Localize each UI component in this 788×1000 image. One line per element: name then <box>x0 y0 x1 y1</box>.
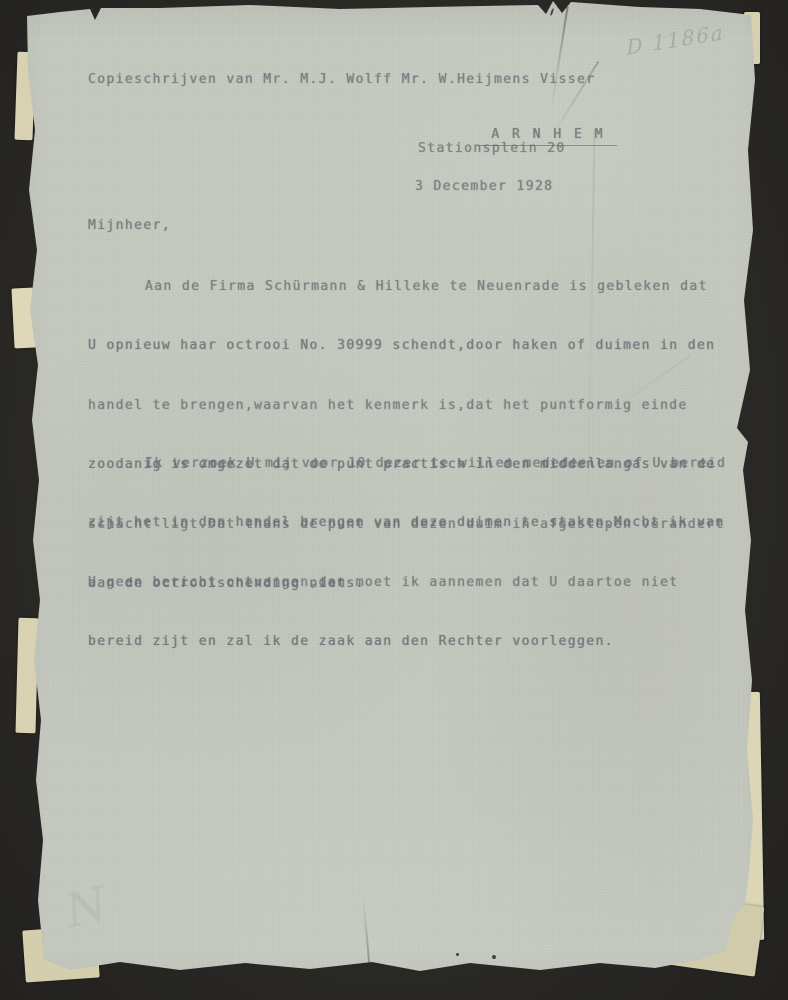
body-line: bereid zijt en zal ik de zaak aan den Re… <box>88 634 748 663</box>
body-line: Aan de Firma Schürmann & Hilleke te Neue… <box>88 279 748 308</box>
copy-header-line: Copieschrijven van Mr. M.J. Wolff Mr. W.… <box>88 72 595 87</box>
body-line: zijt het in den handel brengen van deze … <box>88 515 748 544</box>
address-line: Stationsplein 20 <box>418 141 566 156</box>
body-line: handel te brengen,waarvan het kenmerk is… <box>88 398 748 427</box>
paper-speck <box>456 953 459 956</box>
backing-sheet-edge-left-low <box>15 618 38 733</box>
pencil-mark-bottom-left: N <box>60 876 112 938</box>
crease-top-tear <box>549 7 568 116</box>
letter-page: Copieschrijven van Mr. M.J. Wolff Mr. W.… <box>0 0 788 1000</box>
paper-speck <box>550 8 555 16</box>
archival-scan: Copieschrijven van Mr. M.J. Wolff Mr. W.… <box>0 0 788 1000</box>
salutation: Mijnheer, <box>88 218 171 233</box>
paragraph-2: Ik verzoek U mij voor 10 dezer te willen… <box>88 426 748 694</box>
crease-bottom <box>363 900 372 978</box>
body-line: U geen bericht ontvangen,dan moet ik aan… <box>88 575 748 604</box>
paper-speck <box>492 955 496 959</box>
body-line: U opnieuw haar octrooi No. 30999 schendt… <box>88 338 748 367</box>
body-line: Ik verzoek U mij voor 10 dezer te willen… <box>88 456 748 485</box>
date-line: 3 December 1928 <box>415 179 553 194</box>
